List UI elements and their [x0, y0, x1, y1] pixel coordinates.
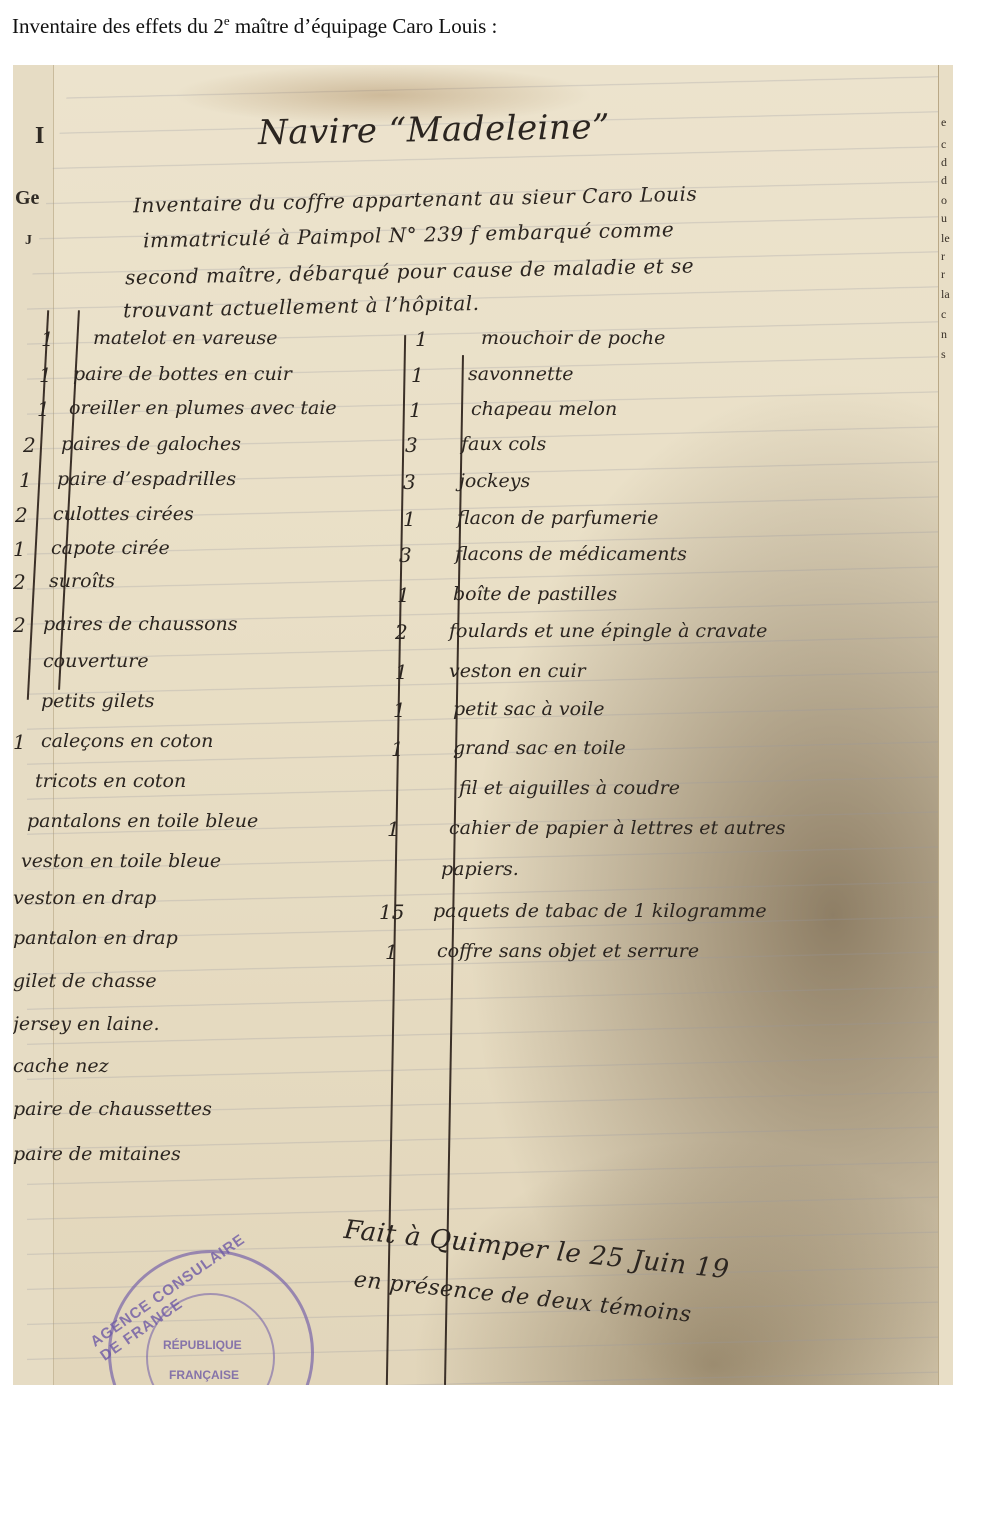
item-label: pantalons en toile bleue [27, 810, 258, 832]
document-caption: Inventaire des effets du 2e maître d’équ… [12, 14, 497, 39]
item-quantity: 3 [405, 433, 418, 457]
stamp-center-line: RÉPUBLIQUE [163, 1338, 242, 1352]
item-quantity: 2 [23, 433, 36, 457]
fragment: o [941, 193, 947, 208]
item-label: veston en toile bleue [21, 850, 221, 872]
item-label: gilet de chasse [13, 970, 157, 992]
item-label: coffre sans objet et serrure [437, 940, 699, 962]
item-quantity: 15 [379, 900, 404, 924]
item-label: paires de chaussons [43, 613, 238, 635]
caption-prefix: Inventaire des effets du 2 [12, 14, 224, 38]
fragment: c [941, 137, 946, 152]
item-label: petit sac à voile [453, 698, 605, 720]
item-label: veston en drap [13, 887, 156, 909]
item-label: grand sac en toile [453, 737, 626, 759]
fragment: n [941, 327, 947, 342]
item-label: couverture [43, 650, 149, 672]
fragment: J [25, 233, 32, 249]
item-quantity: 3 [399, 543, 412, 567]
item-quantity: 1 [409, 398, 422, 422]
item-quantity: 2 [13, 613, 26, 637]
item-quantity: 1 [13, 537, 26, 561]
item-label: paire de bottes en cuir [73, 363, 292, 385]
item-quantity: 1 [391, 737, 404, 761]
item-label: pantalon en drap [13, 927, 178, 949]
item-label: flacons de médicaments [455, 543, 687, 565]
item-label: paire d’espadrilles [57, 468, 236, 490]
item-label: paires de galoches [61, 433, 241, 455]
right-page-edge: e c d d o u le r r la c n s [938, 65, 953, 1385]
item-quantity: 1 [13, 730, 26, 754]
fragment: I [35, 123, 44, 150]
item-label: culottes cirées [53, 503, 194, 525]
item-quantity: 1 [39, 363, 52, 387]
item-quantity: 1 [37, 397, 50, 421]
fragment: Ge [15, 187, 39, 210]
caption-suffix: maître d’équipage Caro Louis : [230, 14, 498, 38]
item-label: jockeys [459, 470, 530, 492]
item-label: paire de chaussettes [13, 1098, 212, 1120]
item-label: papiers. [441, 858, 519, 880]
item-quantity: 1 [395, 660, 408, 684]
item-label: chapeau melon [471, 398, 617, 420]
item-quantity: 2 [395, 620, 408, 644]
item-label: paquets de tabac de 1 kilogramme [433, 900, 767, 922]
item-label: paire de mitaines [13, 1143, 181, 1165]
item-quantity: 1 [19, 468, 32, 492]
item-label: tricots en coton [35, 770, 186, 792]
item-label: cache nez [13, 1055, 109, 1077]
item-quantity: 1 [385, 940, 398, 964]
item-label: oreiller en plumes avec taie [69, 397, 337, 419]
item-label: jersey en laine. [13, 1013, 160, 1035]
item-label: savonnette [468, 363, 573, 385]
inventory-photo: I Ge J e c d d o u le r r la c n s Navir… [13, 65, 953, 1385]
item-quantity: 1 [403, 507, 416, 531]
item-quantity: 1 [387, 817, 400, 841]
item-label: suroîts [49, 570, 115, 592]
item-label: petits gilets [41, 690, 155, 712]
fragment: r [941, 249, 945, 264]
item-label: flacon de parfumerie [457, 507, 658, 529]
fragment: e [941, 115, 946, 130]
item-quantity: 2 [13, 570, 26, 594]
stamp-center-line: FRANÇAISE [169, 1368, 239, 1382]
fragment: la [941, 287, 950, 302]
item-label: caleçons en coton [41, 730, 213, 752]
item-quantity: 1 [393, 698, 406, 722]
item-quantity: 3 [403, 470, 416, 494]
item-quantity: 1 [41, 327, 54, 351]
ship-name-heading: Navire “Madeleine” [258, 107, 611, 153]
item-quantity: 1 [411, 363, 424, 387]
item-label: foulards et une épingle à cravate [449, 620, 767, 642]
item-label: capote cirée [51, 537, 170, 559]
fragment: r [941, 267, 945, 282]
item-label: faux cols [461, 433, 546, 455]
item-label: mouchoir de poche [481, 327, 665, 349]
item-quantity: 1 [415, 327, 428, 351]
fragment: s [941, 347, 946, 362]
item-label: matelot en vareuse [93, 327, 278, 349]
fragment: c [941, 307, 946, 322]
fragment: d [941, 173, 947, 188]
item-label: boîte de pastilles [453, 583, 617, 605]
item-label: fil et aiguilles à coudre [459, 777, 680, 799]
item-quantity: 2 [15, 503, 28, 527]
item-quantity: 1 [397, 583, 410, 607]
fragment: d [941, 155, 947, 170]
item-label: cahier de papier à lettres et autres [449, 817, 785, 839]
item-label: veston en cuir [449, 660, 586, 682]
